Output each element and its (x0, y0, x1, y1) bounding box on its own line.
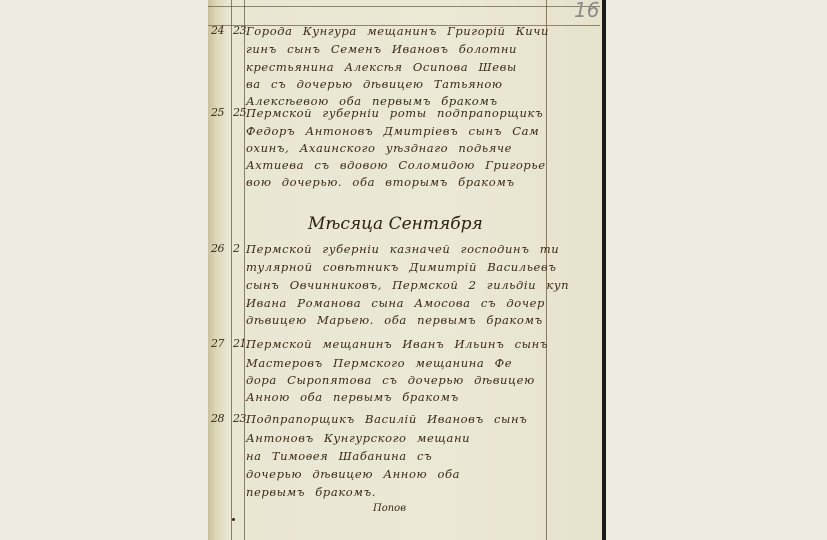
entry-line: дочерью дѣвицею Анною оба (246, 467, 460, 481)
entry-line: Пермской мещанинъ Иванъ Ильинъ сынъ (246, 337, 548, 351)
entry-number: 25 (211, 106, 224, 119)
entry-line: вою дочерью. оба вторымъ бракомъ (246, 175, 515, 189)
entry-line: Пермской губерніи казначей господинъ ти (246, 242, 559, 256)
entry-subnumber: 23 (233, 24, 246, 37)
entry-subnumber: 21 (233, 337, 246, 350)
entry-number: 28 (211, 412, 224, 425)
entry-line: Анною оба первымъ бракомъ (246, 390, 459, 404)
entry-line: Пермской губерніи роты подпрапорщикъ (246, 106, 543, 120)
entry-line: ва съ дочерью дѣвицею Татьяною (246, 77, 503, 91)
entry-line: сынъ Овчинниковъ, Пермской 2 гильдіи куп (246, 278, 569, 292)
page-number: 16 (574, 0, 599, 22)
entry-number: 27 (211, 337, 224, 350)
entry-line: на Тимоѳея Шабанина съ (246, 449, 432, 463)
entry-subnumber: 23 (233, 412, 246, 425)
entry-line: Антоновъ Кунгурского мещани (246, 431, 470, 445)
entry-line: гинъ сынъ Семенъ Ивановъ болотни (246, 42, 517, 56)
entry-number: 26 (211, 242, 224, 255)
margin-rule (231, 0, 232, 540)
entry-line: охинъ, Ахаинского уѣзднаго подьяче (246, 141, 512, 155)
document-page: 16 24 23 Города Кунгура мещанинъ Григорі… (208, 0, 606, 540)
margin-rule (244, 0, 245, 540)
entry-line: дѣвицею Марьею. оба первымъ бракомъ (246, 313, 543, 327)
entry-subnumber: 25 (233, 106, 246, 119)
entry-line: крестьянина Алексѣя Осипова Шевы (246, 60, 517, 74)
signature: Попов (373, 503, 406, 514)
month-heading: Мѣсяца Сентября (308, 214, 483, 234)
entry-line: дора Сыропятова съ дочерью дѣвицею (246, 373, 535, 387)
entry-number: 24 (211, 24, 224, 37)
ink-mark (232, 518, 235, 521)
entry-line: тулярной совѣтникъ Димитрій Васильевъ (246, 260, 557, 274)
header-rule (208, 6, 600, 7)
entry-line: первымъ бракомъ. (246, 485, 376, 499)
entry-line: Ивана Романова сына Амосова съ дочер (246, 296, 545, 310)
entry-line: Мастеровъ Пермского мещанина Фе (246, 356, 512, 370)
entry-line: Подпрапорщикъ Василій Ивановъ сынъ (246, 412, 527, 426)
entry-line: Города Кунгура мещанинъ Григорій Кичи (246, 24, 549, 38)
entry-subnumber: 2 (233, 242, 240, 255)
entry-line: Ахтиева съ вдовою Соломидою Григорье (246, 158, 546, 172)
entry-line: Федоръ Антоновъ Дмитріевъ сынъ Сам (246, 124, 539, 138)
